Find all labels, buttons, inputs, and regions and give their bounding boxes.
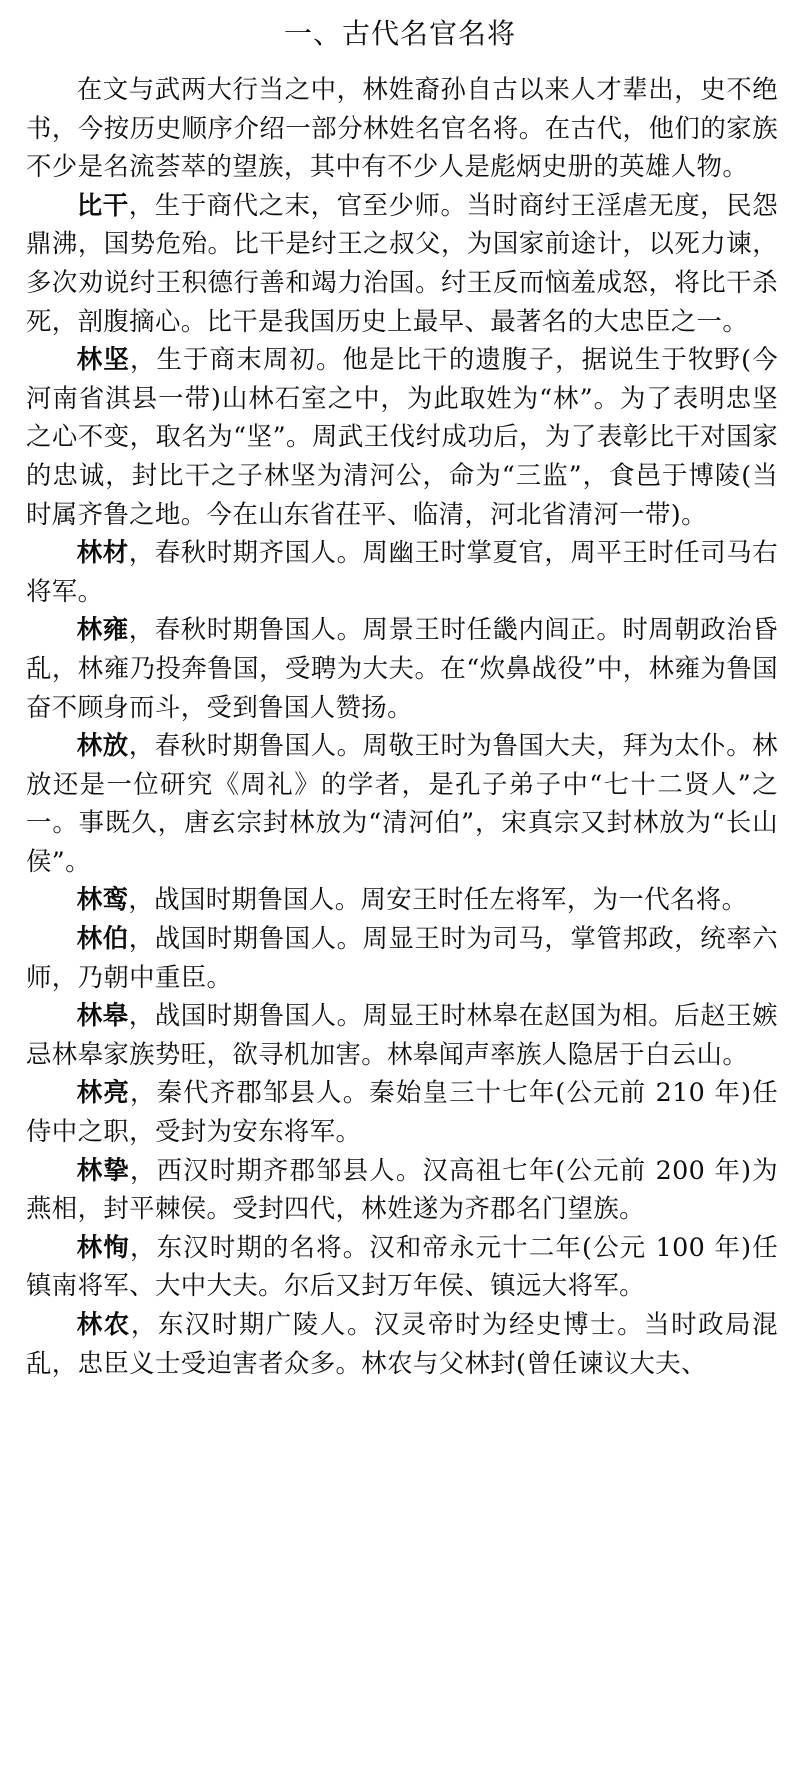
entry-text: ，战国时期鲁国人。周显王时为司马，掌管邦政，统率六师，乃朝中重臣。 <box>26 923 778 992</box>
entry-name: 林鸾 <box>77 884 129 914</box>
entry-paragraph: 林坚，生于商末周初。他是比干的遗腹子，据说生于牧野(今河南省淇县一带)山林石室之… <box>26 340 778 533</box>
entry-name: 林材 <box>77 537 129 567</box>
entry-text: ，东汉时期的名将。汉和帝永元十二年(公元 100 年)任镇南将军、大中大夫。尔后… <box>26 1232 778 1301</box>
entry-text: ，春秋时期鲁国人。周敬王时为鲁国大夫，拜为太仆。林放还是一位研究《周礼》的学者，… <box>26 730 778 876</box>
section-title: 一、古代名官名将 <box>0 14 800 54</box>
document-page: 一、古代名官名将 在文与武两大行当之中，林姓裔孙自古以来人才辈出，史不绝书，今按… <box>0 0 800 1772</box>
entry-name: 林雍 <box>77 614 129 644</box>
entry-text: ，生于商末周初。他是比干的遗腹子，据说生于牧野(今河南省淇县一带)山林石室之中，… <box>26 344 778 528</box>
entry-paragraph: 林挚，西汉时期齐郡邹县人。汉高祖七年(公元前 200 年)为燕相，封平棘侯。受封… <box>26 1151 778 1228</box>
entry-paragraph: 林雍，春秋时期鲁国人。周景王时任畿内闾正。时周朝政治昏乱，林雍乃投奔鲁国，受聘为… <box>26 610 778 726</box>
entry-text: ，西汉时期齐郡邹县人。汉高祖七年(公元前 200 年)为燕相，封平棘侯。受封四代… <box>26 1155 778 1224</box>
entry-text: ，生于商代之末，官至少师。当时商纣王淫虐无度，民怨鼎沸，国势危殆。比干是纣王之叔… <box>26 190 778 336</box>
entry-text: ，春秋时期齐国人。周幽王时掌夏官，周平王时任司马右将军。 <box>26 537 778 606</box>
entry-name: 林亮 <box>77 1077 130 1107</box>
entry-paragraph: 林伯，战国时期鲁国人。周显王时为司马，掌管邦政，统率六师，乃朝中重臣。 <box>26 919 778 996</box>
entry-text: ，春秋时期鲁国人。周景王时任畿内闾正。时周朝政治昏乱，林雍乃投奔鲁国，受聘为大夫… <box>26 614 778 721</box>
entry-paragraph: 比干，生于商代之末，官至少师。当时商纣王淫虐无度，民怨鼎沸，国势危殆。比干是纣王… <box>26 186 778 340</box>
entry-paragraph: 林恂，东汉时期的名将。汉和帝永元十二年(公元 100 年)任镇南将军、大中大夫。… <box>26 1228 778 1305</box>
entry-text: ，战国时期鲁国人。周显王时林皋在赵国为相。后赵王嫉忌林皋家族势旺，欲寻机加害。林… <box>26 1000 778 1069</box>
entry-paragraph: 林放，春秋时期鲁国人。周敬王时为鲁国大夫，拜为太仆。林放还是一位研究《周礼》的学… <box>26 726 778 880</box>
entry-name: 林坚 <box>77 344 130 374</box>
entry-name: 林皋 <box>77 1000 129 1030</box>
entry-text: ，战国时期鲁国人。周安王时任左将军，为一代名将。 <box>128 884 747 914</box>
entry-paragraph: 林亮，秦代齐郡邹县人。秦始皇三十七年(公元前 210 年)任侍中之职，受封为安东… <box>26 1073 778 1150</box>
intro-paragraph: 在文与武两大行当之中，林姓裔孙自古以来人才辈出，史不绝书，今按历史顺序介绍一部分… <box>26 70 778 186</box>
entry-paragraph: 林材，春秋时期齐国人。周幽王时掌夏官，周平王时任司马右将军。 <box>26 533 778 610</box>
entry-text: ，东汉时期广陵人。汉灵帝时为经史博士。当时政局混乱，忠臣义士受迫害者众多。林农与… <box>26 1309 778 1378</box>
entry-paragraph: 林皋，战国时期鲁国人。周显王时林皋在赵国为相。后赵王嫉忌林皋家族势旺，欲寻机加害… <box>26 996 778 1073</box>
entry-paragraph: 林农，东汉时期广陵人。汉灵帝时为经史博士。当时政局混乱，忠臣义士受迫害者众多。林… <box>26 1305 778 1382</box>
entry-name: 林农 <box>77 1309 131 1339</box>
entry-name: 林挚 <box>77 1155 130 1185</box>
document-body: 在文与武两大行当之中，林姓裔孙自古以来人才辈出，史不绝书，今按历史顺序介绍一部分… <box>26 70 778 1382</box>
entry-name: 林恂 <box>77 1232 130 1262</box>
entry-name: 林伯 <box>77 923 129 953</box>
entry-name: 林放 <box>77 730 129 760</box>
entry-name: 比干 <box>77 190 129 220</box>
entry-paragraph: 林鸾，战国时期鲁国人。周安王时任左将军，为一代名将。 <box>26 880 778 919</box>
entry-text: ，秦代齐郡邹县人。秦始皇三十七年(公元前 210 年)任侍中之职，受封为安东将军… <box>26 1077 778 1146</box>
